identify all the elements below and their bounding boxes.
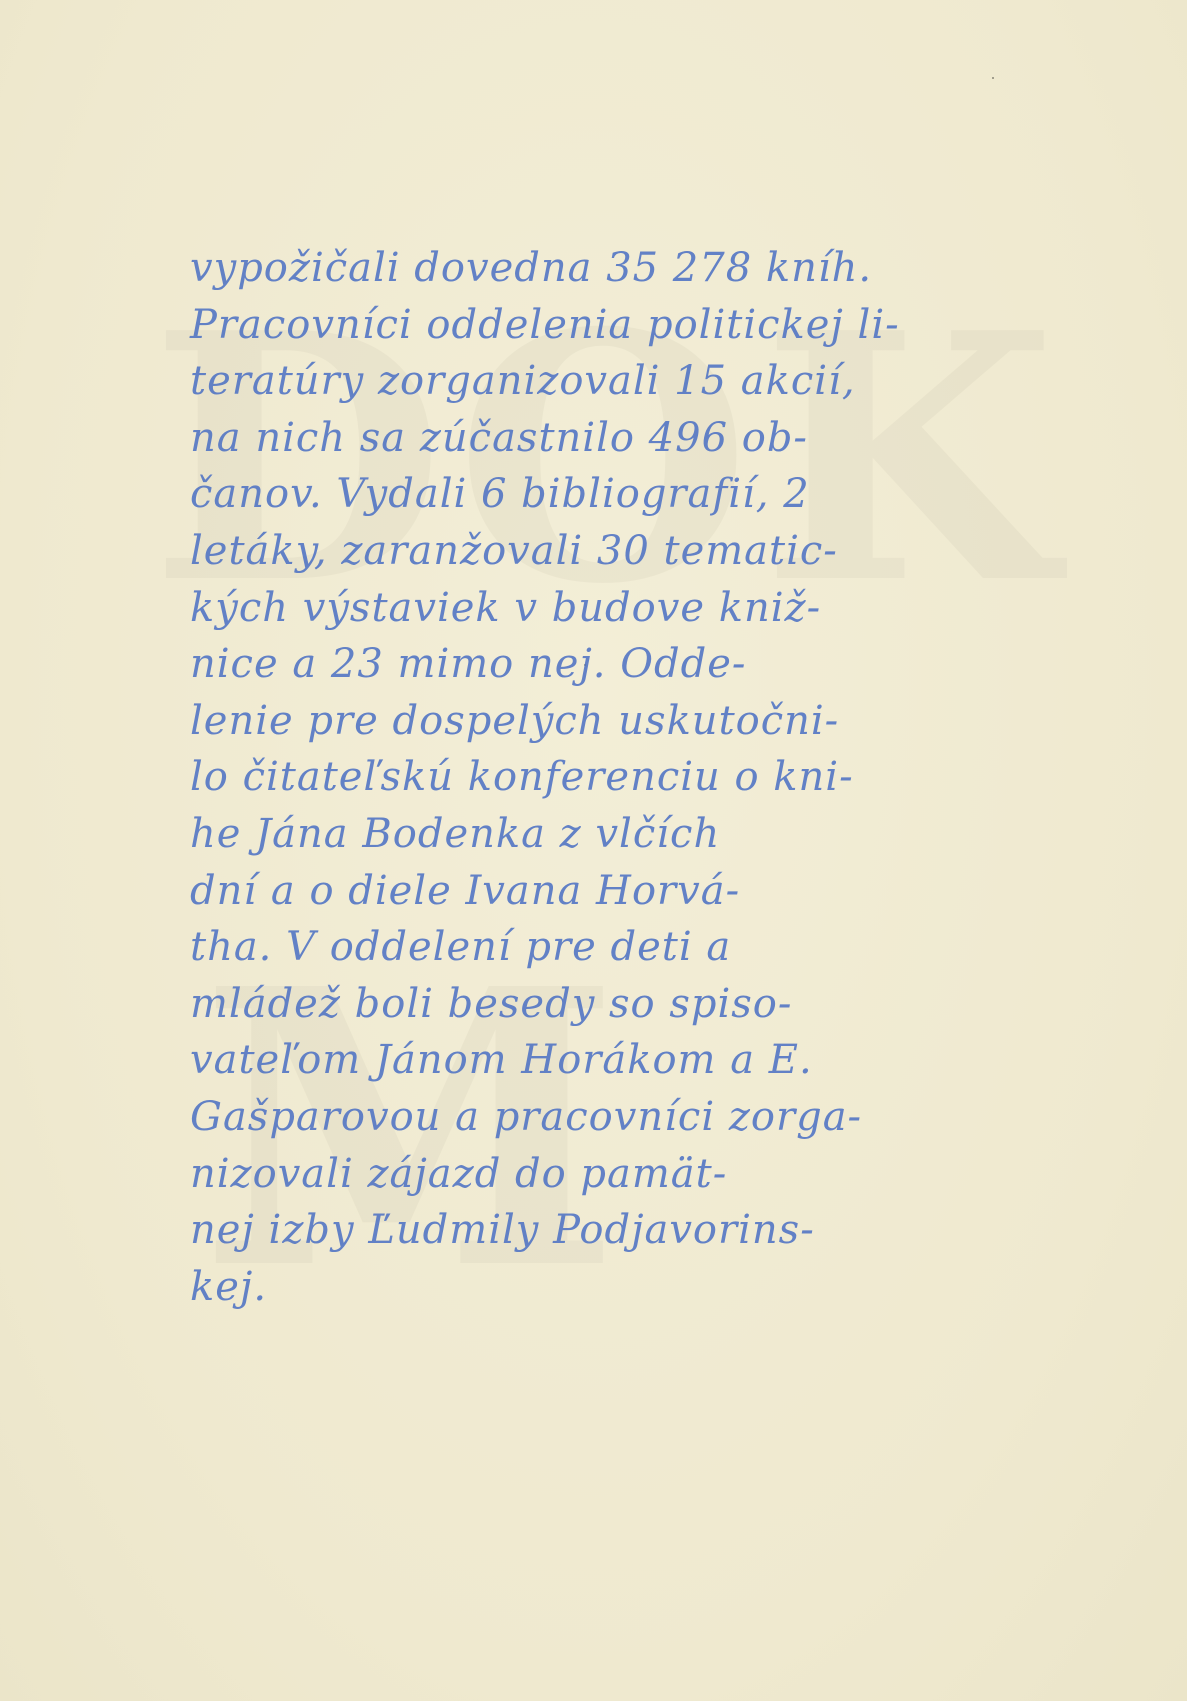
paper-speck (992, 77, 994, 79)
text-line: čanov. Vydali 6 bibliografií, 2 (190, 466, 950, 523)
text-line: nice a 23 mimo nej. Odde- (190, 636, 950, 693)
text-line: lo čitateľskú konferenciu o kni- (190, 749, 950, 806)
text-line: kých výstaviek v budove kniž- (190, 580, 950, 637)
text-line: Pracovníci oddelenia politickej li- (190, 297, 950, 354)
text-line: na nich sa zúčastnilo 496 ob- (190, 410, 950, 467)
text-line: Gašparovou a pracovníci zorga- (190, 1089, 950, 1146)
text-line: letáky, zaranžovali 30 tematic- (190, 523, 950, 580)
paper-page: DOK M vypožičali dovedna 35 278 kníh. Pr… (0, 0, 1187, 1701)
text-line: dní a o diele Ivana Horvá- (190, 863, 950, 920)
text-line: nej izby Ľudmily Podjavorins- (190, 1202, 950, 1259)
text-line: teratúry zorganizovali 15 akcií, (190, 353, 950, 410)
handwritten-text: vypožičali dovedna 35 278 kníh. Pracovní… (190, 240, 950, 1315)
text-line: lenie pre dospelých uskutočni- (190, 693, 950, 750)
text-line: vateľom Jánom Horákom a E. (190, 1032, 950, 1089)
text-line: tha. V oddelení pre deti a (190, 919, 950, 976)
text-line: vypožičali dovedna 35 278 kníh. (190, 240, 950, 297)
text-line: kej. (190, 1259, 950, 1316)
text-line: mládež boli besedy so spiso- (190, 976, 950, 1033)
text-line: nizovali zájazd do pamät- (190, 1146, 950, 1203)
text-line: he Jána Bodenka z vlčích (190, 806, 950, 863)
